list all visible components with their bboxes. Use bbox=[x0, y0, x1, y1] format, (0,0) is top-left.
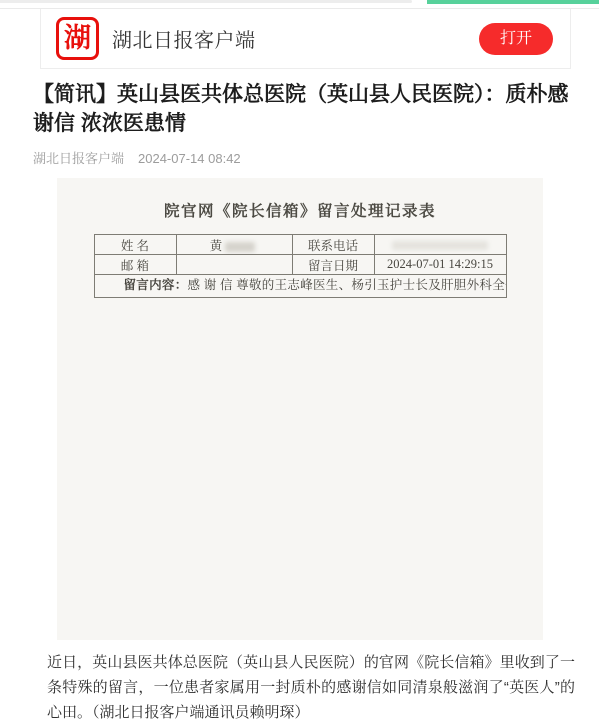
record-form-table: 姓 名 黄 联系电话 邮 箱 留言日期 2024-07-01 14:29:15 … bbox=[94, 234, 507, 298]
table-row: 姓 名 黄 联系电话 bbox=[94, 235, 506, 255]
letter-content-cell: 留言内容：感 谢 信 尊敬的王志峰医生、杨引玉护士长及肝胆外科全体医护人员： 你… bbox=[94, 275, 506, 298]
email-label-cell: 邮 箱 bbox=[94, 255, 176, 275]
redacted-phone-blur bbox=[392, 241, 488, 250]
phone-label-cell: 联系电话 bbox=[292, 235, 374, 255]
table-row: 留言内容：感 谢 信 尊敬的王志峰医生、杨引玉护士长及肝胆外科全体医护人员： 你… bbox=[94, 275, 506, 298]
article-title: 【简讯】英山县医共体总医院（英山县人民医院）：质朴感谢信 浓浓医患情 bbox=[33, 80, 570, 138]
article-summary-paragraph: 近日，英山县医共体总医院（英山县人民医院）的官网《院长信箱》里收到了一条特殊的留… bbox=[47, 650, 575, 725]
redacted-name-blur bbox=[225, 242, 255, 252]
app-open-banner: 湖 湖北日报客户端 打开 bbox=[40, 9, 571, 69]
email-value-cell bbox=[176, 255, 292, 275]
name-label-cell: 姓 名 bbox=[94, 235, 176, 255]
loading-progress-bar bbox=[427, 0, 599, 4]
letter-content-label: 留言内容： bbox=[124, 278, 188, 292]
letter-text: 留言内容：感 谢 信 尊敬的王志峰医生、杨引玉护士长及肝胆外科全体医护人员： 你… bbox=[99, 275, 502, 297]
article-publish-time: 2024-07-14 08:42 bbox=[138, 151, 241, 166]
phone-value-cell bbox=[374, 235, 506, 255]
table-row: 邮 箱 留言日期 2024-07-01 14:29:15 bbox=[94, 255, 506, 275]
hubei-daily-logo-icon: 湖 bbox=[56, 17, 99, 60]
app-name-label: 湖北日报客户端 bbox=[112, 24, 256, 53]
article-byline: 湖北日报客户端2024-07-14 08:42 bbox=[33, 148, 570, 167]
article-header: 【简讯】英山县医共体总医院（英山县人民医院）：质朴感谢信 浓浓医患情 湖北日报客… bbox=[33, 80, 570, 167]
loading-progress-track bbox=[0, 0, 412, 3]
record-form-title: 院官网《院长信箱》留言处理记录表 bbox=[57, 178, 543, 221]
article-source: 湖北日报客户端 bbox=[33, 151, 124, 166]
thank-you-letter-photo[interactable]: 院官网《院长信箱》留言处理记录表 姓 名 黄 联系电话 邮 箱 留言日期 202… bbox=[57, 178, 543, 640]
open-app-button[interactable]: 打开 bbox=[479, 23, 553, 55]
letter-body-text: 感 谢 信 尊敬的王志峰医生、杨引玉护士长及肝胆外科全体医护人员： 你们好！ 我… bbox=[188, 278, 506, 292]
date-label-cell: 留言日期 bbox=[292, 255, 374, 275]
date-value-cell: 2024-07-01 14:29:15 bbox=[374, 255, 506, 275]
name-value-cell: 黄 bbox=[176, 235, 292, 255]
